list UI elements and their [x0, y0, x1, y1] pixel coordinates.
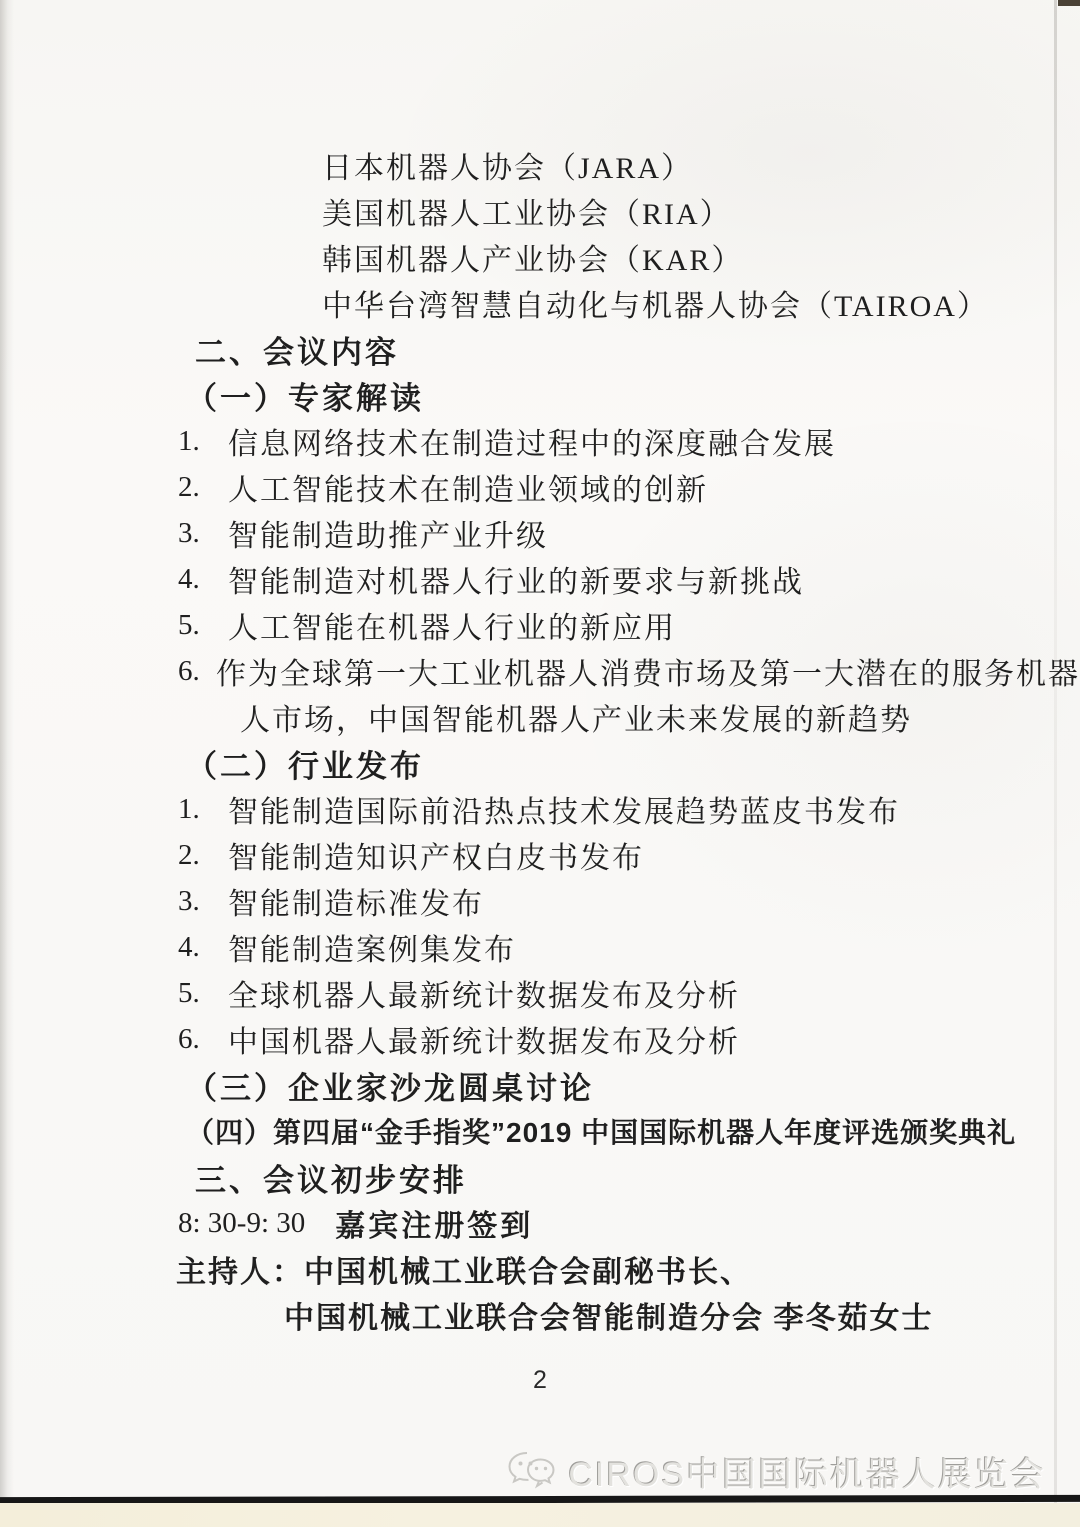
- item-number: 2.: [178, 471, 228, 504]
- wechat-icon: [506, 1450, 558, 1494]
- expert-item-6-continuation: 人市场，中国智能机器人产业未来发展的新趋势: [0, 694, 1080, 740]
- item-text: 信息网络技术在制造过程中的深度融合发展: [228, 419, 836, 463]
- item-number: 4.: [178, 931, 228, 964]
- item-number: 5.: [178, 609, 228, 642]
- expert-item-5: 5. 人工智能在机器人行业的新应用: [0, 602, 1080, 648]
- item-number: 3.: [178, 885, 228, 918]
- item-number: 6.: [178, 655, 216, 688]
- item-number: 1.: [178, 425, 228, 458]
- host-line-1: 主持人：中国机械工业联合会副秘书长、: [0, 1246, 1080, 1292]
- scan-bed-strip: [0, 1503, 1080, 1527]
- release-item-5: 5. 全球机器人最新统计数据发布及分析: [0, 970, 1080, 1016]
- item-number: 5.: [178, 977, 228, 1010]
- release-item-3: 3. 智能制造标准发布: [0, 878, 1080, 924]
- page-number: 2: [0, 1366, 1080, 1395]
- item-text: 中国机器人最新统计数据发布及分析: [228, 1017, 740, 1061]
- schedule-time: 8: 30-9: 30: [178, 1207, 305, 1240]
- item-text: 智能制造案例集发布: [228, 925, 516, 969]
- release-item-4: 4. 智能制造案例集发布: [0, 924, 1080, 970]
- scan-corner-artifact: [1058, 0, 1080, 6]
- section-2-heading: 二、会议内容: [0, 326, 1080, 372]
- part-1-heading: （一）专家解读: [0, 372, 1080, 418]
- item-text: 人工智能在机器人行业的新应用: [228, 603, 676, 647]
- item-text: 智能制造国际前沿热点技术发展趋势蓝皮书发布: [228, 787, 900, 831]
- organization-line-jara: 日本机器人协会（JARA）: [0, 142, 1080, 188]
- item-text: 人工智能技术在制造业领域的创新: [228, 465, 708, 509]
- item-text: 智能制造标准发布: [228, 879, 484, 923]
- item-text: 全球机器人最新统计数据发布及分析: [228, 971, 740, 1015]
- release-item-2: 2. 智能制造知识产权白皮书发布: [0, 832, 1080, 878]
- schedule-row: 8: 30-9: 30 嘉宾注册签到: [0, 1200, 1080, 1246]
- organization-line-kar: 韩国机器人产业协会（KAR）: [0, 234, 1080, 280]
- item-text: 智能制造助推产业升级: [228, 511, 548, 555]
- item-number: 6.: [178, 1023, 228, 1056]
- footer-watermark: CIROS中国国际机器人展览会: [506, 1447, 1046, 1496]
- expert-item-3: 3. 智能制造助推产业升级: [0, 510, 1080, 556]
- part-4-heading: （四）第四届“金手指奖”2019 中国国际机器人年度评选颁奖典礼: [0, 1108, 1080, 1154]
- expert-item-1: 1. 信息网络技术在制造过程中的深度融合发展: [0, 418, 1080, 464]
- part-2-heading: （二）行业发布: [0, 740, 1080, 786]
- expert-item-6: 6. 作为全球第一大工业机器人消费市场及第一大潜在的服务机器: [0, 648, 1080, 694]
- expert-item-4: 4. 智能制造对机器人行业的新要求与新挑战: [0, 556, 1080, 602]
- item-text: 作为全球第一大工业机器人消费市场及第一大潜在的服务机器: [216, 649, 1080, 693]
- schedule-activity: 嘉宾注册签到: [335, 1201, 533, 1245]
- item-number: 3.: [178, 517, 228, 550]
- organization-line-tairoa: 中华台湾智慧自动化与机器人协会（TAIROA）: [0, 280, 1080, 326]
- item-text: 智能制造对机器人行业的新要求与新挑战: [228, 557, 804, 601]
- release-item-1: 1. 智能制造国际前沿热点技术发展趋势蓝皮书发布: [0, 786, 1080, 832]
- part-3-heading: （三）企业家沙龙圆桌讨论: [0, 1062, 1080, 1108]
- watermark-text: CIROS中国国际机器人展览会: [568, 1447, 1046, 1496]
- expert-item-2: 2. 人工智能技术在制造业领域的创新: [0, 464, 1080, 510]
- section-3-heading: 三、会议初步安排: [0, 1154, 1080, 1200]
- organization-line-ria: 美国机器人工业协会（RIA）: [0, 188, 1080, 234]
- release-item-6: 6. 中国机器人最新统计数据发布及分析: [0, 1016, 1080, 1062]
- scanned-document-page: 日本机器人协会（JARA） 美国机器人工业协会（RIA） 韩国机器人产业协会（K…: [0, 0, 1080, 1527]
- item-number: 2.: [178, 839, 228, 872]
- document-body: 日本机器人协会（JARA） 美国机器人工业协会（RIA） 韩国机器人产业协会（K…: [0, 142, 1080, 1338]
- item-number: 4.: [178, 563, 228, 596]
- item-text: 智能制造知识产权白皮书发布: [228, 833, 644, 877]
- host-line-2: 中国机械工业联合会智能制造分会 李冬茹女士: [0, 1292, 1080, 1338]
- item-number: 1.: [178, 793, 228, 826]
